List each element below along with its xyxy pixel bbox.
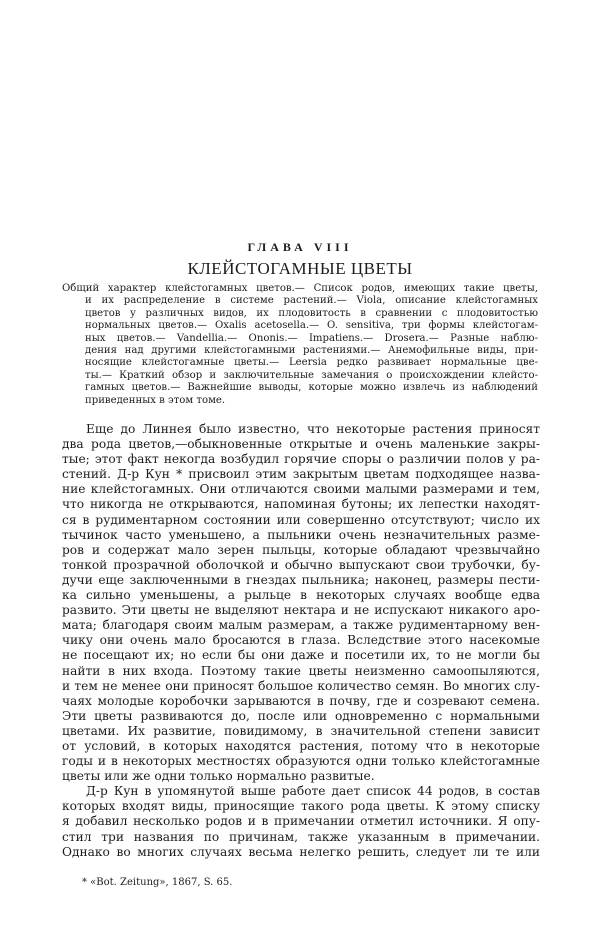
- summary-line: приведенных в этом томе.: [62, 395, 538, 407]
- summary-line: нормальных цветов.— Oxalis acetosella.— …: [62, 320, 538, 332]
- chapter-number: ГЛАВА VIII: [0, 240, 600, 254]
- summary-line: ты.— Краткий обзор и заключительные заме…: [62, 370, 538, 382]
- body-line: Еще до Линнея было известно, что некотор…: [62, 422, 540, 437]
- body-line: дучи еще заключенными в гнездах пыльника…: [62, 573, 540, 588]
- body-line: и тем не менее они приносят большое коли…: [62, 679, 540, 694]
- body-line: ние клейстогамных. Они отличаются своими…: [62, 482, 540, 497]
- body-line: от условий, в которых находятся растения…: [62, 739, 540, 754]
- body-line: чаях молодые коробочки зарываются в почв…: [62, 694, 540, 709]
- summary-line: гамных цветов.— Важнейшие выводы, которы…: [62, 382, 538, 394]
- summary-line: дения над другими клейстогамными растени…: [62, 345, 538, 357]
- body-line: которых входят виды, приносящие такого р…: [62, 799, 540, 814]
- body-line: стил три названия по причинам, также ука…: [62, 830, 540, 845]
- body-line: не посещают их; но если бы они даже и по…: [62, 648, 540, 663]
- body-line: два рода цветов,—обыкновенные открытые и…: [62, 437, 540, 452]
- body-line: Однако во многих случаях весьма нелегко …: [62, 845, 540, 860]
- summary-line: цветов у различных видов, их плодовитост…: [62, 308, 538, 320]
- summary-line: Общий характер клейстогамных цветов.— Сп…: [62, 283, 538, 295]
- body-line: что никогда не открываются, напоминая бу…: [62, 497, 540, 512]
- body-line: найти в них входа. Поэтому такие цветы н…: [62, 664, 540, 679]
- body-line: мата; благодаря своим малым размерам, а …: [62, 618, 540, 633]
- book-page: ГЛАВА VIII КЛЕЙСТОГАМНЫЕ ЦВЕТЫ Общий хар…: [0, 0, 600, 933]
- body-line: я добавил несколько родов и в примечании…: [62, 814, 540, 829]
- body-line: ка сильно уменьшены, а рыльце в некоторы…: [62, 588, 540, 603]
- body-line: развито. Эти цветы не выделяют нектара и…: [62, 603, 540, 618]
- summary-line: и их распределение в системе растений.— …: [62, 295, 538, 307]
- body-line: тонкой прозрачной оболочкой и обычно вып…: [62, 558, 540, 573]
- body-line: цветы или же одни только нормально разви…: [62, 769, 540, 784]
- chapter-title: КЛЕЙСТОГАМНЫЕ ЦВЕТЫ: [0, 259, 600, 279]
- body-line: цветами. Их развитие, повидимому, в знач…: [62, 724, 540, 739]
- body-line: ров и содержат мало зерен пыльцы, которы…: [62, 543, 540, 558]
- body-line: тые; этот факт некогда возбудил горячие …: [62, 452, 540, 467]
- body-line: стений. Д-р Кун * присвоил этим закрытым…: [62, 467, 540, 482]
- body-line: годы и в некоторых местностях образуются…: [62, 754, 540, 769]
- body-line: Эти цветы развиваются до, после или одно…: [62, 709, 540, 724]
- summary-line: ных цветов.— Vandellia.— Ononis.— Impati…: [62, 333, 538, 345]
- body-line: Д-р Кун в упомянутой выше работе дает сп…: [62, 784, 540, 799]
- body-line: тычинок часто уменьшено, а пыльники очен…: [62, 528, 540, 543]
- chapter-summary: Общий характер клейстогамных цветов.— Сп…: [62, 283, 538, 407]
- footnote: * «Bot. Zeitung», 1867, S. 65.: [82, 877, 232, 889]
- body-line: ся в рудиментарном состоянии или соверше…: [62, 513, 540, 528]
- summary-line: носящие клейстогамные цветы.— Leersia ре…: [62, 357, 538, 369]
- body-line: чику они очень мало бросаются в глаза. В…: [62, 633, 540, 648]
- body-text: Еще до Линнея было известно, что некотор…: [62, 422, 540, 860]
